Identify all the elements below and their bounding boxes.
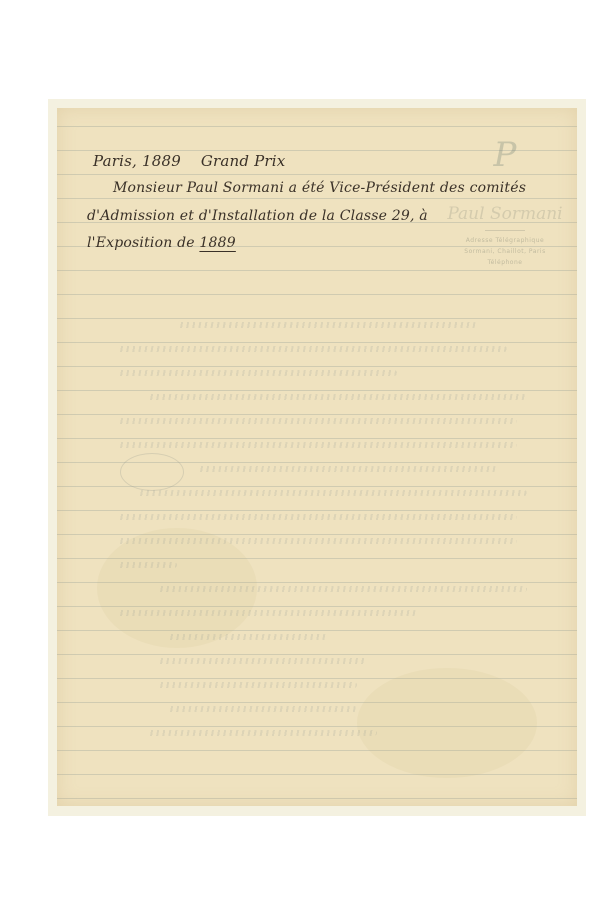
monogram-icon: P	[445, 138, 565, 172]
ghost-writing	[157, 682, 357, 688]
document-viewer: P Paul Sormani Adresse Télégraphique Sor…	[0, 0, 600, 900]
ghost-writing	[147, 394, 527, 400]
paper-stain	[97, 528, 257, 648]
letterhead-telegraph-address: Sormani, Chaillot, Paris	[445, 246, 565, 257]
ghost-writing	[157, 658, 367, 664]
body-line-2: d'Admission et d'Installation de la Clas…	[87, 208, 428, 224]
ghost-writing	[117, 514, 517, 520]
exposition-year: 1889	[199, 235, 235, 251]
body-line-3: l'Exposition de 1889	[87, 235, 236, 251]
letter-page: P Paul Sormani Adresse Télégraphique Sor…	[57, 108, 577, 806]
award-title: Grand Prix	[201, 152, 286, 170]
ghost-writing	[177, 322, 477, 328]
letterhead-name: Paul Sormani	[445, 204, 565, 224]
body-line-3-text: l'Exposition de	[87, 235, 195, 251]
ghost-writing	[117, 418, 517, 424]
letterhead: P Paul Sormani Adresse Télégraphique Sor…	[445, 138, 565, 268]
letterhead-telephone: Téléphone	[445, 257, 565, 268]
letterhead-divider	[485, 230, 525, 231]
ghost-writing	[167, 706, 357, 712]
ghost-writing	[197, 466, 497, 472]
letterhead-telegraph-label: Adresse Télégraphique	[445, 235, 565, 246]
ghost-writing	[117, 442, 517, 448]
ghost-writing	[147, 730, 377, 736]
ghost-stamp-circle	[120, 453, 184, 491]
place-date: Paris, 1889	[93, 152, 181, 170]
body-line-1: Monsieur Paul Sormani a été Vice-Préside…	[113, 180, 526, 196]
ghost-writing	[137, 490, 527, 496]
paper-stain	[357, 668, 537, 778]
letter-heading: Paris, 1889 Grand Prix	[93, 152, 285, 170]
ghost-writing	[117, 346, 507, 352]
ghost-writing	[117, 370, 397, 376]
